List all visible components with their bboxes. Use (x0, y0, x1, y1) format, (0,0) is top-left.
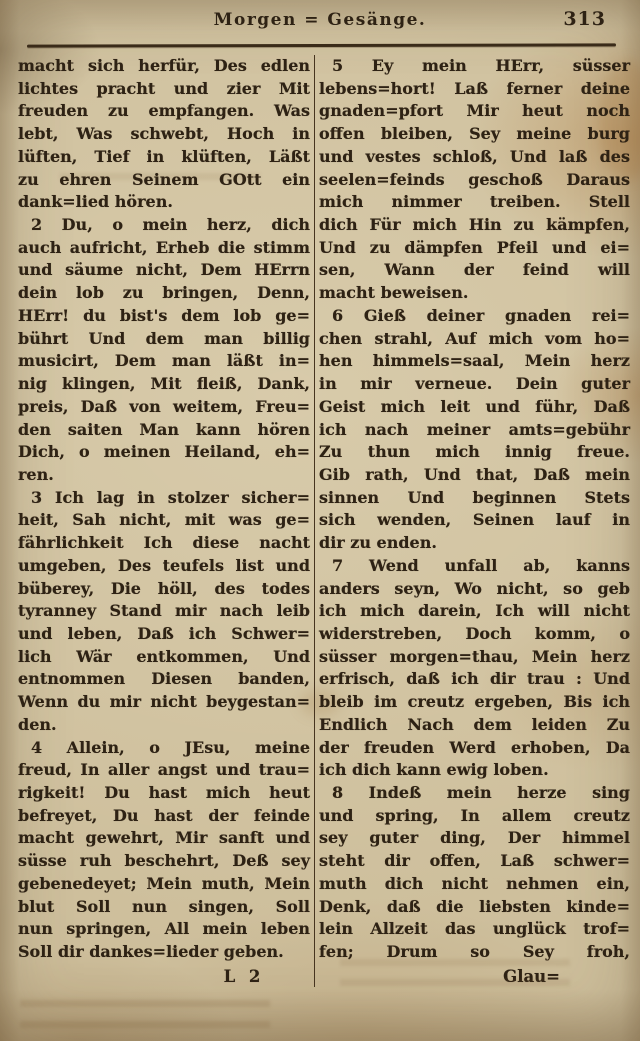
text-line: umgeben, Des teufels list und (18, 555, 310, 578)
ink-showthrough (20, 986, 270, 1028)
left-column: macht sich herfür, Des edlenlichtes prac… (18, 55, 310, 988)
text-line: freuden zu empfangen. Was (18, 100, 310, 123)
text-line: 7 Wend unfall ab, kanns (319, 555, 630, 578)
text-line: fen; Drum so Sey froh, (319, 941, 630, 964)
text-line: süsser morgen=thau, Mein herz (319, 646, 630, 669)
text-line: und säume nicht, Dem HErrn (18, 259, 310, 282)
text-line: widerstreben, Doch komm, o (319, 623, 630, 646)
book-page: Morgen = Gesänge. 313 macht sich herfür,… (0, 0, 640, 1041)
text-line: entnommen Diesen banden, (18, 668, 310, 691)
running-header-title: Morgen = Gesänge. (0, 10, 640, 30)
text-line: mich nimmer treiben. Stell (319, 191, 630, 214)
text-line: der freuden Werd erhoben, Da (319, 737, 630, 760)
text-line: 8 Indeß mein herze sing (319, 782, 630, 805)
text-line: HErr! du bist's dem lob ge= (18, 305, 310, 328)
text-line: lichtes pracht und zier Mit (18, 78, 310, 101)
text-line: bleib im creutz ergeben, Bis ich (319, 691, 630, 714)
text-line: bührt Und dem man billig (18, 328, 310, 351)
text-line: ren. (18, 464, 310, 487)
text-line: nig klingen, Mit fleiß, Dank, (18, 373, 310, 396)
text-line: hen himmels=saal, Mein herz (319, 350, 630, 373)
text-line: dank=lied hören. (18, 191, 310, 214)
text-line: den saiten Man kann hören (18, 419, 310, 442)
text-line: süsse ruh beschehrt, Deß sey (18, 850, 310, 873)
header-rule (27, 43, 616, 47)
column-divider-rule (314, 55, 315, 987)
text-line: büberey, Die höll, des todes (18, 578, 310, 601)
text-line: tyranney Stand mir nach leib (18, 600, 310, 623)
text-line: dir zu enden. (319, 532, 630, 555)
text-line: 6 Gieß deiner gnaden rei= (319, 305, 630, 328)
text-line: und leben, Daß ich Schwer= (18, 623, 310, 646)
text-line: 3 Ich lag in stolzer sicher= (18, 487, 310, 510)
text-line: Zu thun mich innig freue. (319, 441, 630, 464)
text-line: sey guter ding, Der himmel (319, 827, 630, 850)
text-line: 4 Allein, o JEsu, meine (18, 737, 310, 760)
text-line: gnaden=pfort Mir heut noch (319, 100, 630, 123)
text-line: und vestes schloß, Und laß des (319, 146, 630, 169)
text-line: anders seyn, Wo nicht, so geb (319, 578, 630, 601)
text-line: Soll dir dankes=lieder geben. (18, 941, 310, 964)
text-line: fährlichkeit Ich diese nacht (18, 532, 310, 555)
text-line: lebens=hort! Laß ferner deine (319, 78, 630, 101)
text-line: gebenedeyet; Mein muth, Mein (18, 873, 310, 896)
text-line: den. (18, 714, 310, 737)
text-line: seelen=feinds geschoß Daraus (319, 169, 630, 192)
text-line: Und zu dämpfen Pfeil und ei= (319, 237, 630, 260)
text-line: macht beweisen. (319, 282, 630, 305)
text-line: ich mich darein, Ich will nicht (319, 600, 630, 623)
signature-mark: L 2 (98, 966, 390, 989)
text-line: 5 Ey mein HErr, süsser (319, 55, 630, 78)
text-line: blut Soll nun singen, Soll (18, 896, 310, 919)
text-line: sich wenden, Seinen lauf in (319, 509, 630, 532)
right-column: 5 Ey mein HErr, süsserlebens=hort! Laß f… (317, 55, 630, 988)
text-line: erfrisch, daß ich dir trau : Und (319, 668, 630, 691)
text-line: lich Wär entkommen, Und (18, 646, 310, 669)
text-line: Denk, daß die liebsten kinde= (319, 896, 630, 919)
text-line: Dich, o meinen Heiland, eh= (18, 441, 310, 464)
text-line: 2 Du, o mein herz, dich (18, 214, 310, 237)
text-line: auch aufricht, Erheb die stimm (18, 237, 310, 260)
text-line: rigkeit! Du hast mich heut (18, 782, 310, 805)
text-line: nun springen, All mein leben (18, 918, 310, 941)
text-line: ich nach meiner amts=gebühr (319, 419, 630, 442)
text-line: und spring, In allem creutz (319, 805, 630, 828)
text-line: ich dich kann ewig loben. (319, 759, 630, 782)
page-number: 313 (563, 8, 606, 30)
left-column-lines: macht sich herfür, Des edlenlichtes prac… (18, 55, 310, 964)
text-line: chen strahl, Auf mich vom ho= (319, 328, 630, 351)
text-line: musicirt, Dem man läßt in= (18, 350, 310, 373)
text-line: sen, Wann der feind will (319, 259, 630, 282)
text-line: macht sich herfür, Des edlen (18, 55, 310, 78)
text-block: macht sich herfür, Des edlenlichtes prac… (18, 55, 630, 988)
text-line: steht dir offen, Laß schwer= (319, 850, 630, 873)
text-line: preis, Daß von weitem, Freu= (18, 396, 310, 419)
text-line: offen bleiben, Sey meine burg (319, 123, 630, 146)
text-line: Endlich Nach dem leiden Zu (319, 714, 630, 737)
text-line: muth dich nicht nehmen ein, (319, 873, 630, 896)
text-line: macht gewehrt, Mir sanft und (18, 827, 310, 850)
text-line: freud, In aller angst und trau= (18, 759, 310, 782)
text-line: heit, Sah nicht, mit was ge= (18, 509, 310, 532)
text-line: dich Für mich Hin zu kämpfen, (319, 214, 630, 237)
text-line: Geist mich leit und führ, Daß (319, 396, 630, 419)
text-line: lein Allzeit das unglück trof= (319, 918, 630, 941)
text-line: lebt, Was schwebt, Hoch in (18, 123, 310, 146)
right-column-lines: 5 Ey mein HErr, süsserlebens=hort! Laß f… (319, 55, 630, 964)
text-line: dein lob zu bringen, Denn, (18, 282, 310, 305)
text-line: Gib rath, Und that, Daß mein (319, 464, 630, 487)
text-line: befreyet, Du hast der feinde (18, 805, 310, 828)
text-line: in mir verneue. Dein guter (319, 373, 630, 396)
text-line: lüften, Tief in klüften, Läßt (18, 146, 310, 169)
text-line: zu ehren Seinem GOtt ein (18, 169, 310, 192)
text-line: sinnen Und beginnen Stets (319, 487, 630, 510)
text-line: Wenn du mir nicht beygestan= (18, 691, 310, 714)
